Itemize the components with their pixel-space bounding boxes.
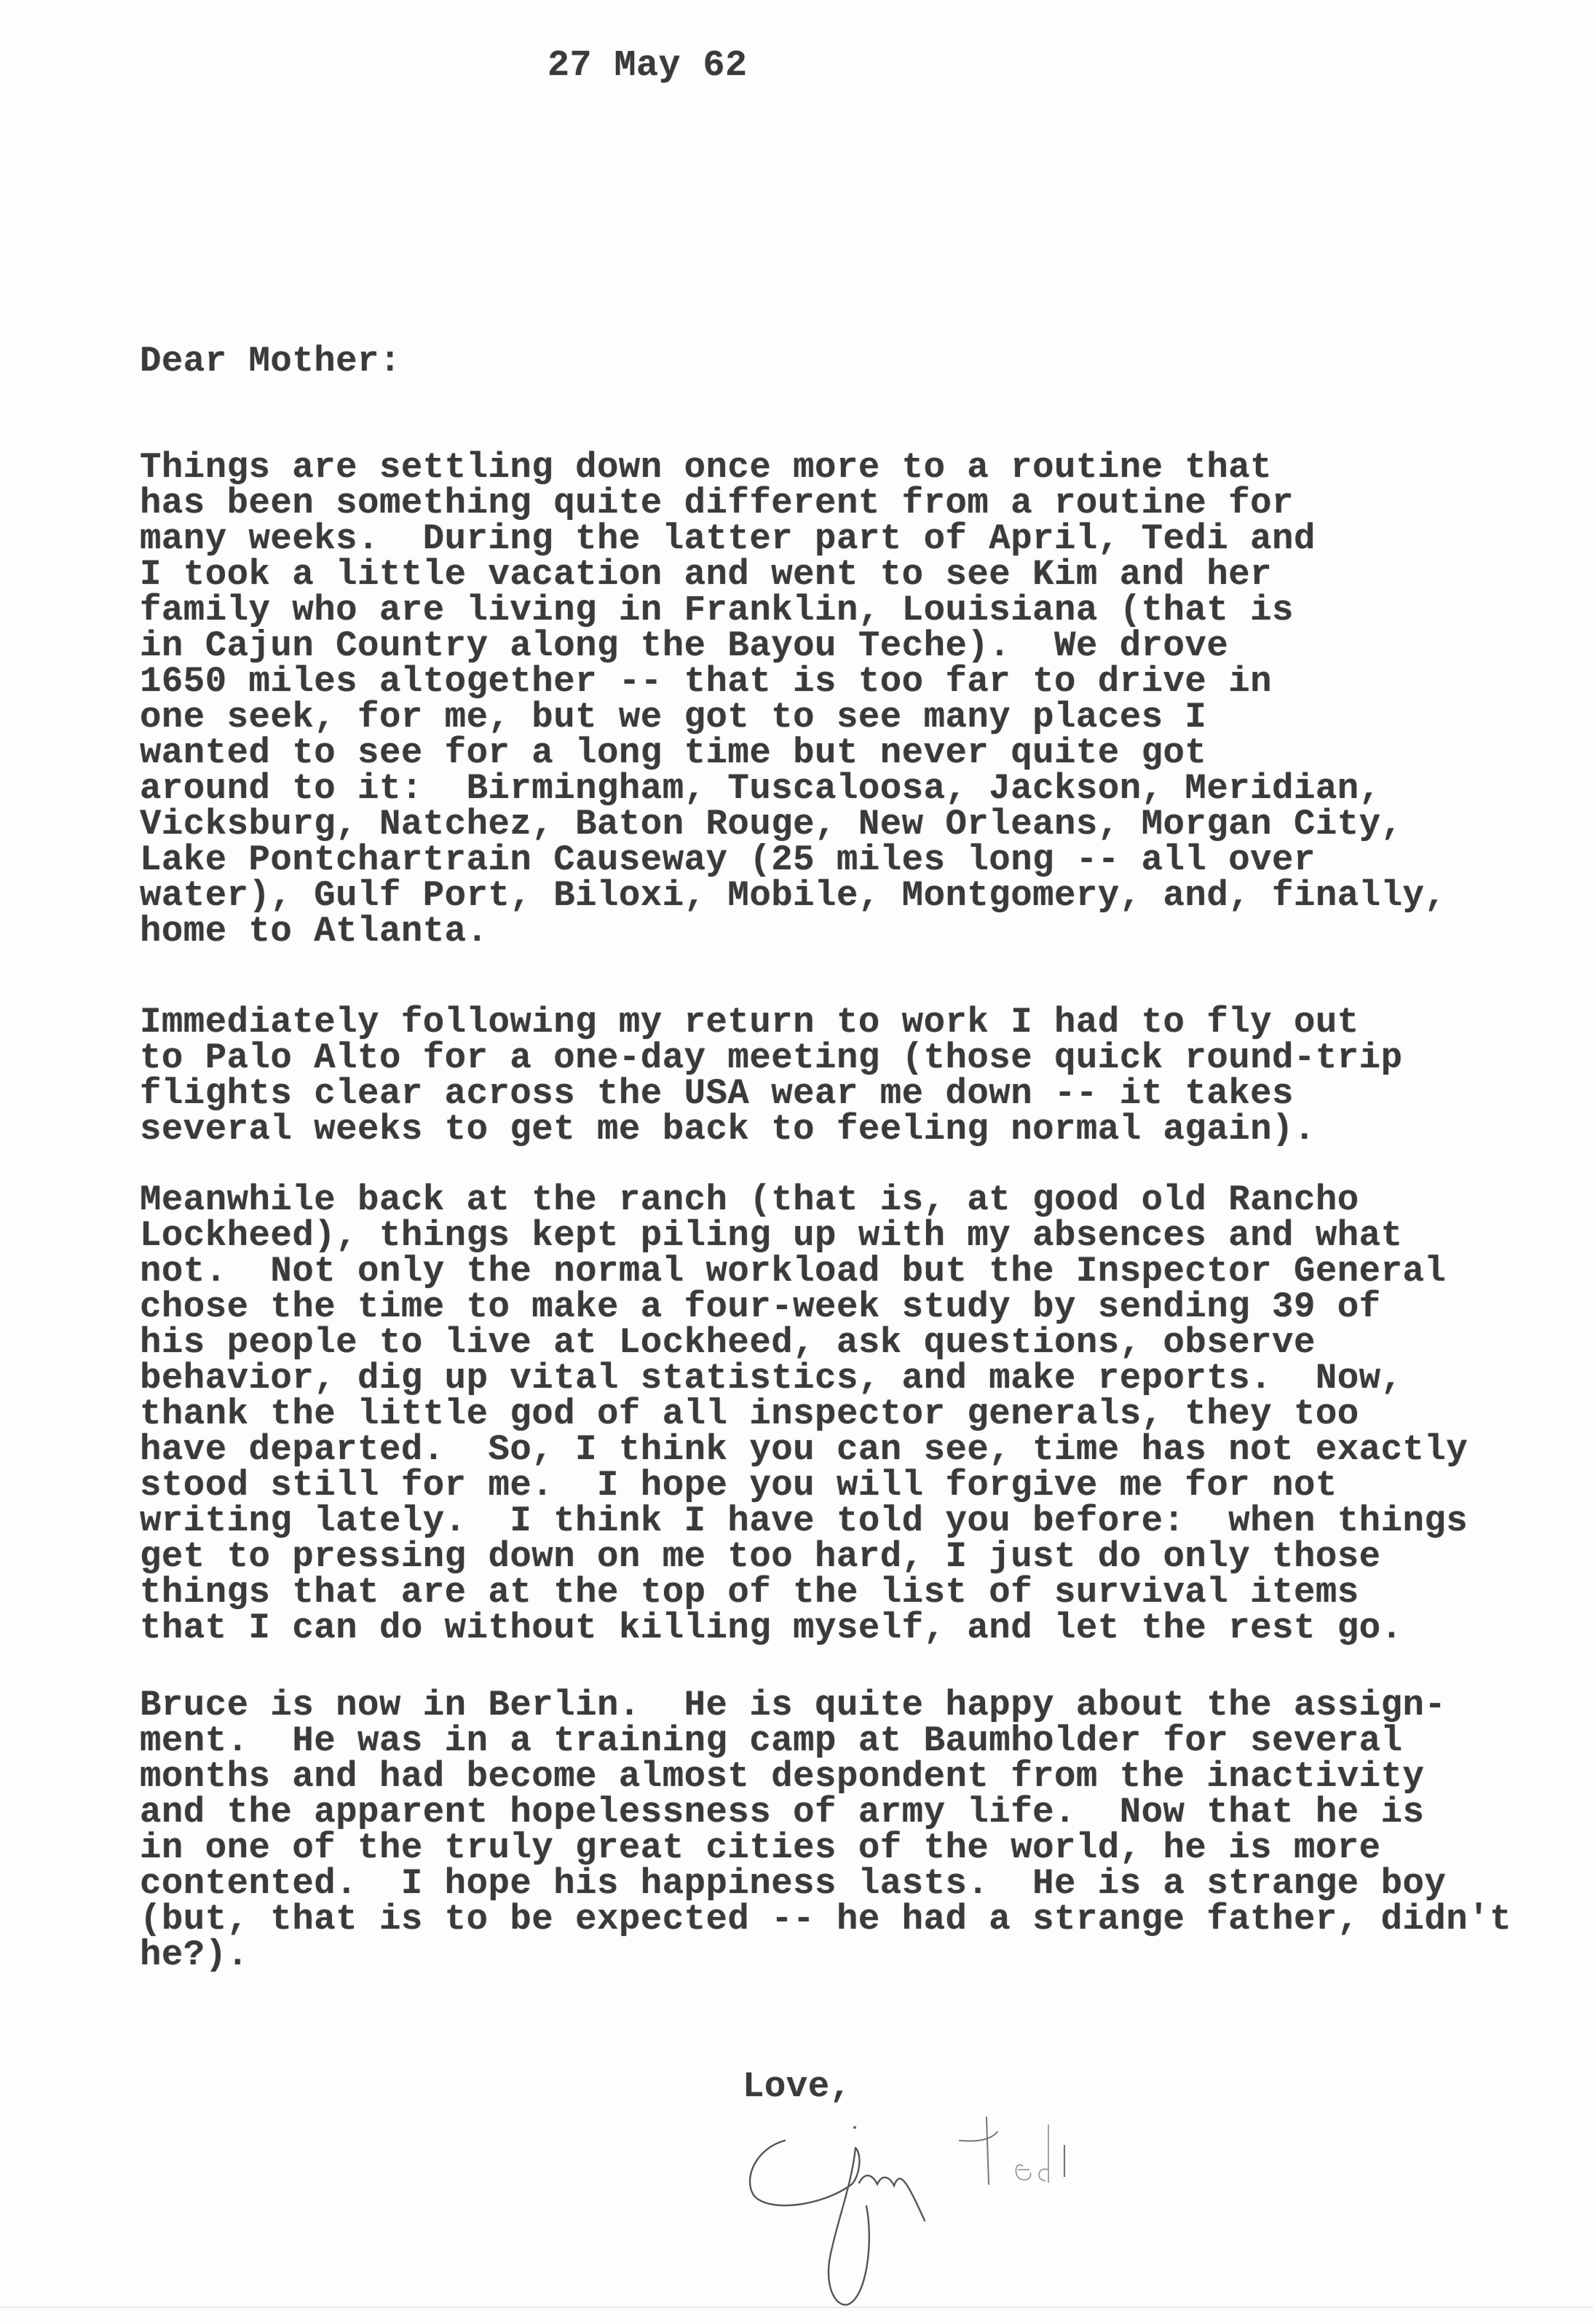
text-line: many weeks. During the latter part of Ap… [140, 521, 1446, 557]
text-line: Bruce is now in Berlin. He is quite happ… [140, 1688, 1511, 1723]
text-line: get to pressing down on me too hard, I j… [140, 1539, 1468, 1575]
text-line: contented. I hope his happiness lasts. H… [140, 1866, 1511, 1902]
text-line: thank the little god of all inspector ge… [140, 1396, 1468, 1432]
text-line: 1650 miles altogether -- that is too far… [140, 664, 1446, 700]
text-line: Immediately following my return to work … [140, 1005, 1402, 1040]
salutation: Dear Mother: [140, 341, 401, 382]
text-line: wanted to see for a long time but never … [140, 735, 1446, 771]
text-line: things that are at the top of the list o… [140, 1575, 1468, 1610]
paragraph-3: Meanwhile back at the ranch (that is, at… [140, 1182, 1468, 1646]
text-line: Vicksburg, Natchez, Baton Rouge, New Orl… [140, 807, 1446, 842]
text-line: around to it: Birmingham, Tuscaloosa, Ja… [140, 771, 1446, 807]
text-line: Lake Pontchartrain Causeway (25 miles lo… [140, 842, 1446, 878]
text-line: his people to live at Lockheed, ask ques… [140, 1325, 1468, 1361]
text-line: to Palo Alto for a one-day meeting (thos… [140, 1040, 1402, 1076]
text-line: water), Gulf Port, Biloxi, Mobile, Montg… [140, 878, 1446, 914]
text-line: I took a little vacation and went to see… [140, 557, 1446, 593]
scan-edge-divider [0, 2307, 1593, 2308]
text-line: (but, that is to be expected -- he had a… [140, 1902, 1511, 1937]
text-line: that I can do without killing myself, an… [140, 1610, 1468, 1646]
text-line: has been something quite different from … [140, 486, 1446, 521]
text-line: and the apparent hopelessness of army li… [140, 1795, 1511, 1830]
text-line: Lockheed), things kept piling up with my… [140, 1218, 1468, 1254]
text-line: several weeks to get me back to feeling … [140, 1112, 1402, 1147]
handwritten-signature: Jim Tedi [728, 2097, 1136, 2324]
text-line: in Cajun Country along the Bayou Teche).… [140, 628, 1446, 664]
text-line: family who are living in Franklin, Louis… [140, 593, 1446, 628]
paragraph-4: Bruce is now in Berlin. He is quite happ… [140, 1688, 1511, 1973]
text-line: ment. He was in a training camp at Baumh… [140, 1723, 1511, 1759]
text-line: Meanwhile back at the ranch (that is, at… [140, 1182, 1468, 1218]
text-line: stood still for me. I hope you will forg… [140, 1468, 1468, 1503]
text-line: Things are settling down once more to a … [140, 450, 1446, 486]
paragraph-1: Things are settling down once more to a … [140, 450, 1446, 949]
text-line: behavior, dig up vital statistics, and m… [140, 1361, 1468, 1396]
text-line: writing lately. I think I have told you … [140, 1503, 1468, 1539]
text-line: have departed. So, I think you can see, … [140, 1432, 1468, 1468]
text-line: flights clear across the USA wear me dow… [140, 1076, 1402, 1112]
letter-date: 27 May 62 [548, 45, 748, 87]
signature-scrawl-icon [728, 2097, 1136, 2324]
letter-page: 27 May 62 Dear Mother: Things are settli… [0, 0, 1593, 2324]
text-line: chose the time to make a four-week study… [140, 1289, 1468, 1325]
text-line: he?). [140, 1937, 1511, 1973]
text-line: not. Not only the normal workload but th… [140, 1254, 1468, 1289]
paragraph-2: Immediately following my return to work … [140, 1005, 1402, 1147]
text-line: months and had become almost despondent … [140, 1759, 1511, 1795]
text-line: one seek, for me, but we got to see many… [140, 700, 1446, 735]
text-line: in one of the truly great cities of the … [140, 1830, 1511, 1866]
text-line: home to Atlanta. [140, 914, 1446, 949]
